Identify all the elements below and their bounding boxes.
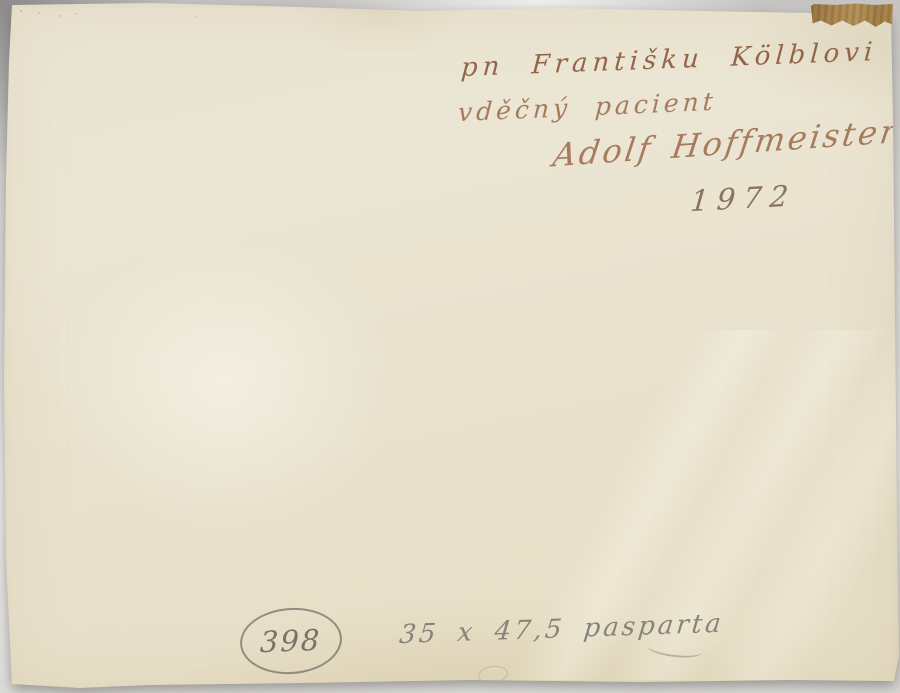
dedication-line-1: pn Františku Kölblovi bbox=[460, 37, 878, 83]
inventory-number: 398 bbox=[260, 623, 323, 659]
photo-backdrop: pn Františku Kölblovi vděčný pacient Ado… bbox=[0, 0, 900, 693]
artist-signature: Adolf Hoffmeister bbox=[551, 112, 900, 175]
inventory-number-oval: 398 bbox=[238, 605, 344, 678]
paper-sheet-verso: pn Františku Kölblovi vděčný pacient Ado… bbox=[0, 0, 900, 693]
year-inscription: 1972 bbox=[689, 178, 798, 218]
pencil-stray-mark bbox=[647, 639, 702, 660]
paper-specks bbox=[20, 10, 22, 12]
paper-shadow-wrapper: pn Františku Kölblovi vděčný pacient Ado… bbox=[0, 0, 900, 693]
dedication-line-2: vděčný pacient bbox=[457, 87, 717, 127]
faint-ring-smudge bbox=[477, 664, 509, 685]
